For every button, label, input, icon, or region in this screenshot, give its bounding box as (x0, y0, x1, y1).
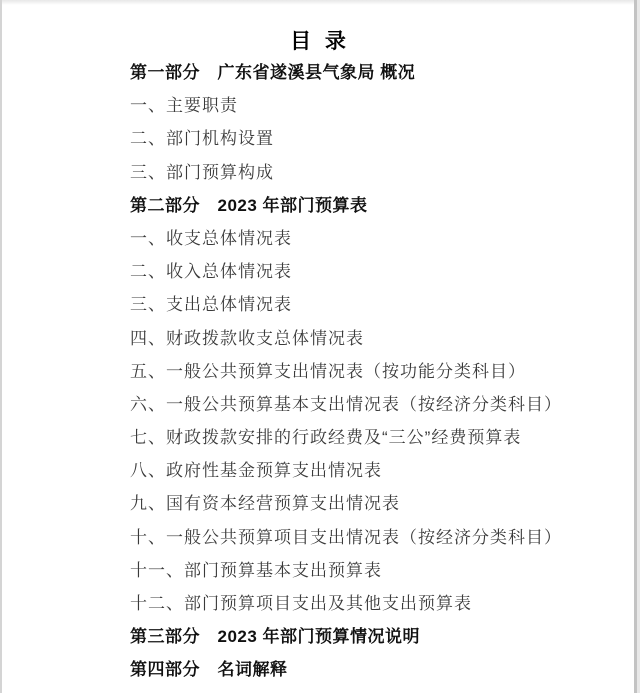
toc-section-heading: 第二部分 2023 年部门预算表 (130, 189, 632, 222)
toc-entry: 七、财政拨款安排的行政经费及“三公”经费预算表 (130, 421, 632, 454)
table-of-contents: 第一部分 广东省遂溪县气象局 概况一、主要职责二、部门机构设置三、部门预算构成第… (130, 56, 632, 687)
toc-entry: 二、收入总体情况表 (130, 255, 632, 288)
toc-entry: 三、部门预算构成 (130, 156, 632, 189)
toc-entry: 十一、部门预算基本支出预算表 (130, 554, 632, 587)
toc-entry: 十二、部门预算项目支出及其他支出预算表 (130, 587, 632, 620)
toc-section-heading: 第一部分 广东省遂溪县气象局 概况 (130, 56, 632, 89)
document-page: 目 录 第一部分 广东省遂溪县气象局 概况一、主要职责二、部门机构设置三、部门预… (0, 0, 640, 693)
page-title: 目 录 (0, 30, 640, 54)
toc-entry: 四、财政拨款收支总体情况表 (130, 322, 632, 355)
toc-entry: 一、收支总体情况表 (130, 222, 632, 255)
page-left-edge (0, 0, 2, 693)
toc-entry: 六、一般公共预算基本支出情况表（按经济分类科目） (130, 388, 632, 421)
toc-entry: 九、国有资本经营预算支出情况表 (130, 487, 632, 520)
page-top-shadow (0, 0, 640, 5)
toc-entry: 一、主要职责 (130, 89, 632, 122)
toc-entry: 二、部门机构设置 (130, 122, 632, 155)
page-right-edge (634, 0, 640, 693)
toc-entry: 十、一般公共预算项目支出情况表（按经济分类科目） (130, 521, 632, 554)
toc-section-heading: 第三部分 2023 年部门预算情况说明 (130, 620, 632, 653)
toc-section-heading: 第四部分 名词解释 (130, 653, 632, 686)
toc-entry: 三、支出总体情况表 (130, 288, 632, 321)
toc-entry: 五、一般公共预算支出情况表（按功能分类科目） (130, 355, 632, 388)
toc-entry: 八、政府性基金预算支出情况表 (130, 454, 632, 487)
